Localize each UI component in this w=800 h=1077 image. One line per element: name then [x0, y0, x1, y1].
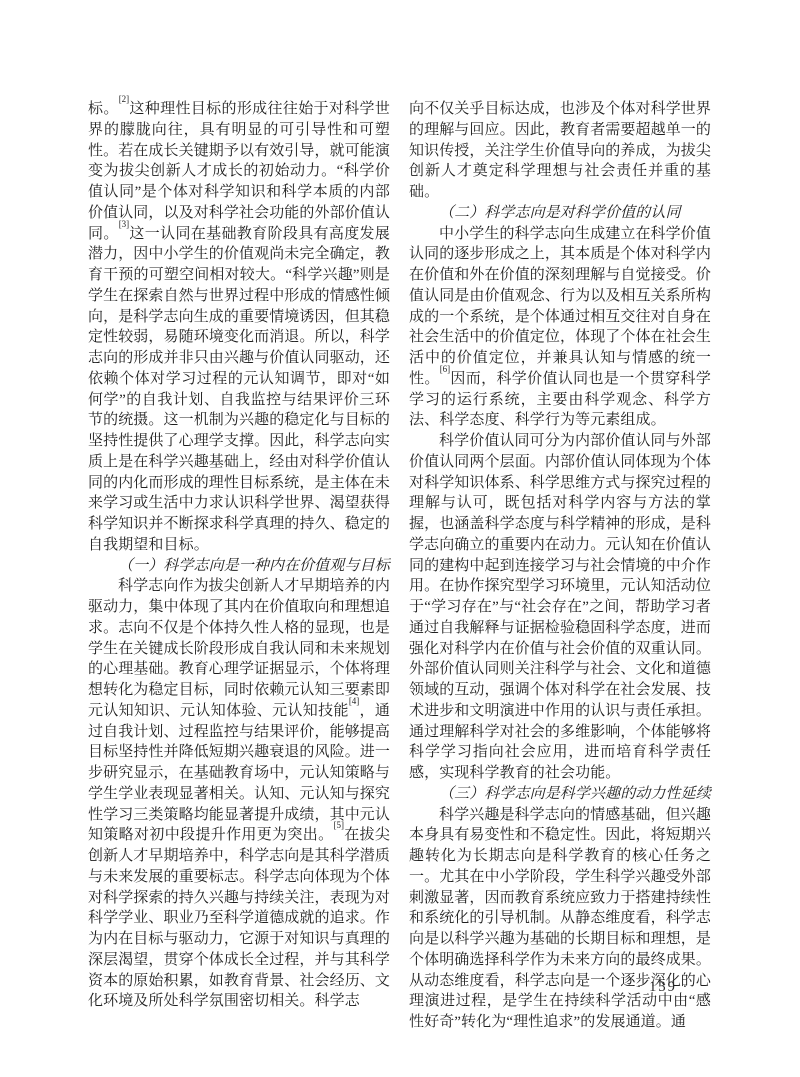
text-run: ，通过自我计划、过程监控与结果评价，能够提高目标坚持性并降低短期兴趣衰退的风险。… — [88, 703, 390, 844]
right-column: 向不仅关乎目标达成，也涉及个体对科学世界的理解与回应。因此，教育者需要超越单一的… — [409, 99, 711, 1033]
text-run: 中小学生的科学志向生成建立在科学价值认同的逐步形成之上，其本质是个体对科学内在价… — [409, 226, 711, 387]
footnote-ref: [4] — [349, 696, 360, 706]
text-run: 科学兴趣是科学志向的情感基础，但兴趣本身具有易变性和不稳定性。因此，将短期兴趣转… — [409, 807, 711, 1031]
footnote-ref: [3] — [119, 219, 130, 229]
text-run: （一）科学志向是一种内在价值观与目标 — [118, 558, 390, 574]
text-run: 在拔尖创新人才早期培养中，科学志向是其科学潜质与未来发展的重要标志。科学志向体现… — [88, 827, 390, 1009]
text-run: 科学价值认同可分为内部价值认同与外部价值认同两个层面。内部价值认同体现为个体对科… — [409, 433, 711, 781]
footnote-ref: [5] — [333, 820, 344, 830]
page-number: · 139 · — [612, 979, 714, 996]
body-paragraph: 科学志向作为拔尖创新人才早期培养的内驱动力，集中体现了其内在价值取向和理想追求。… — [88, 576, 390, 1012]
section-heading: （二）科学志向是对科学价值的认同 — [409, 203, 711, 224]
body-paragraph: 中小学生的科学志向生成建立在科学价值认同的逐步形成之上，其本质是个体对科学内在价… — [409, 224, 711, 432]
body-paragraph: 科学兴趣是科学志向的情感基础，但兴趣本身具有易变性和不稳定性。因此，将短期兴趣转… — [409, 805, 711, 1033]
text-run: 向不仅关乎目标达成，也涉及个体对科学世界的理解与回应。因此，教育者需要超越单一的… — [409, 101, 711, 200]
text-run: （二）科学志向是对科学价值的认同 — [439, 205, 681, 221]
text-run: 这一认同在基础教育阶段具有高度发展潜力，因中小学生的价值观尚未完全确定，教育干预… — [88, 226, 390, 553]
body-paragraph: 向不仅关乎目标达成，也涉及个体对科学世界的理解与回应。因此，教育者需要超越单一的… — [409, 99, 711, 203]
body-paragraph: 科学价值认同可分为内部价值认同与外部价值认同两个层面。内部价值认同体现为个体对科… — [409, 431, 711, 784]
footnote-ref: [2] — [119, 94, 130, 104]
text-run: 这种理性目标的形成往往始于对科学世界的朦胧向往，具有明显的可引导性和可塑性。若在… — [88, 101, 390, 242]
section-heading: （三）科学志向是科学兴趣的动力性延续 — [409, 784, 711, 805]
text-run: 科学志向作为拔尖创新人才早期培养的内驱动力，集中体现了其内在价值取向和理想追求。… — [88, 578, 390, 719]
left-column: 标。[2]这种理性目标的形成往往始于对科学世界的朦胧向往，具有明显的可引导性和可… — [88, 99, 390, 1033]
body-paragraph: 标。[2]这种理性目标的形成往往始于对科学世界的朦胧向往，具有明显的可引导性和可… — [88, 99, 390, 556]
text-run: （三）科学志向是科学兴趣的动力性延续 — [439, 786, 711, 802]
article-body: 标。[2]这种理性目标的形成往往始于对科学世界的朦胧向往，具有明显的可引导性和可… — [88, 99, 712, 1033]
footnote-ref: [6] — [440, 364, 451, 374]
text-run: 标。 — [88, 101, 119, 117]
text-run: 因而，科学价值认同也是一个贯穿科学学习的运行系统，主要由科学观念、科学方法、科学… — [409, 371, 711, 429]
section-heading: （一）科学志向是一种内在价值观与目标 — [88, 556, 390, 577]
